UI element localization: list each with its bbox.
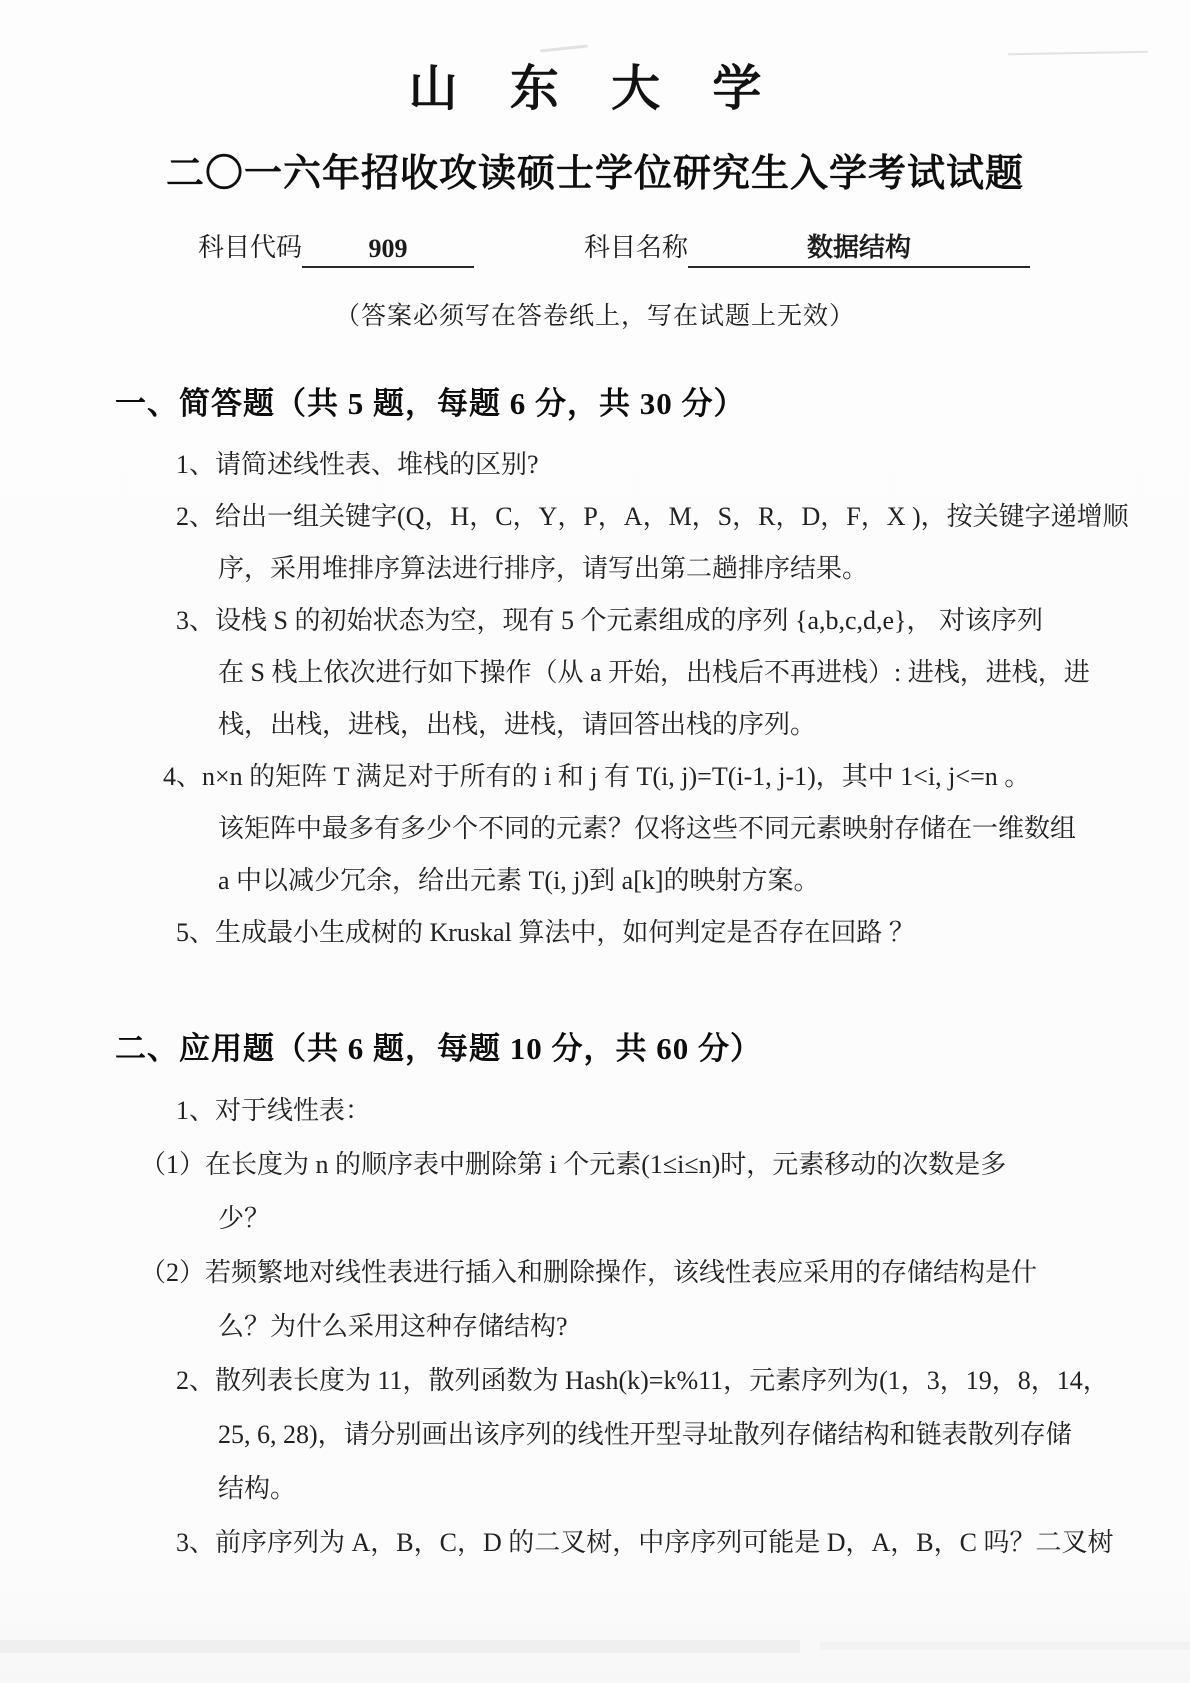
question-line: 3、前序序列为 A，B，C，D 的二叉树，中序序列可能是 D，A，B，C 吗？二… <box>0 1516 1190 1570</box>
question-line: 少？ <box>0 1192 1190 1246</box>
question-line: 5、生成最小生成树的 Kruskal 算法中，如何判定是否存在回路 ？ <box>0 907 1190 959</box>
section-2-title: 二、应用题（共 6 题，每题 10 分，共 60 分） <box>115 1023 1190 1068</box>
subject-name-label: 科目名称 <box>584 227 688 268</box>
question-line: 3、设栈 S 的初始状态为空，现有 5 个元素组成的序列 {a,b,c,d,e}… <box>0 595 1190 647</box>
question-line: 该矩阵中最多有多少个不同的元素？仅将这些不同元素映射存储在一维数组 <box>0 803 1190 855</box>
answer-notice: （答案必须写在答卷纸上，写在试题上无效） <box>0 296 1190 332</box>
subject-code-label: 科目代码 <box>198 227 302 268</box>
section-2-body: 1、对于线性表： （1）在长度为 n 的顺序表中删除第 i 个元素(1≤i≤n)… <box>0 1084 1190 1570</box>
subject-row: 科目代码 909 科目名称 数据结构 <box>198 227 1190 268</box>
question-line: 在 S 栈上依次进行如下操作（从 a 开始，出栈后不再进栈）: 进栈，进栈，进 <box>0 647 1190 699</box>
scan-artifact <box>0 1640 800 1653</box>
question-line: 栈，出栈，进栈，出栈，进栈，请回答出栈的序列。 <box>0 699 1190 751</box>
scan-artifact <box>820 1642 1190 1650</box>
question-line: （1）在长度为 n 的顺序表中删除第 i 个元素(1≤i≤n)时，元素移动的次数… <box>0 1138 1190 1192</box>
subject-name-value: 数据结构 <box>688 227 1030 268</box>
question-line: a 中以减少冗余，给出元素 T(i, j)到 a[k]的映射方案。 <box>0 855 1190 907</box>
question-line: 序，采用堆排序算法进行排序，请写出第二趟排序结果。 <box>0 543 1190 595</box>
question-line: 2、散列表长度为 11，散列函数为 Hash(k)=k%11，元素序列为(1，3… <box>0 1354 1190 1408</box>
question-line: 么？为什么采用这种存储结构? <box>0 1300 1190 1354</box>
section-1-title: 一、简答题（共 5 题，每题 6 分，共 30 分） <box>115 378 1190 423</box>
question-line: 25, 6, 28)，请分别画出该序列的线性开型寻址散列存储结构和链表散列存储 <box>0 1408 1190 1462</box>
subject-code-value: 909 <box>302 234 474 268</box>
question-line: （2）若频繁地对线性表进行插入和删除操作，该线性表应采用的存储结构是什 <box>0 1246 1190 1300</box>
question-line: 1、对于线性表： <box>0 1084 1190 1138</box>
university-title: 山 东 大 学 <box>0 0 1190 120</box>
question-line: 结构。 <box>0 1462 1190 1516</box>
exam-paper-page: 山 东 大 学 二〇一六年招收攻读硕士学位研究生入学考试试题 科目代码 909 … <box>0 0 1190 1683</box>
question-line: 4、n×n 的矩阵 T 满足对于所有的 i 和 j 有 T(i, j)=T(i-… <box>0 751 1190 803</box>
question-line: 1、请简述线性表、堆栈的区别? <box>0 439 1190 491</box>
question-line: 2、给出一组关键字(Q，H，C，Y，P，A，M，S，R，D，F，X )，按关键字… <box>0 491 1190 543</box>
section-1-body: 1、请简述线性表、堆栈的区别? 2、给出一组关键字(Q，H，C，Y，P，A，M，… <box>0 439 1190 959</box>
exam-title: 二〇一六年招收攻读硕士学位研究生入学考试试题 <box>0 142 1190 197</box>
